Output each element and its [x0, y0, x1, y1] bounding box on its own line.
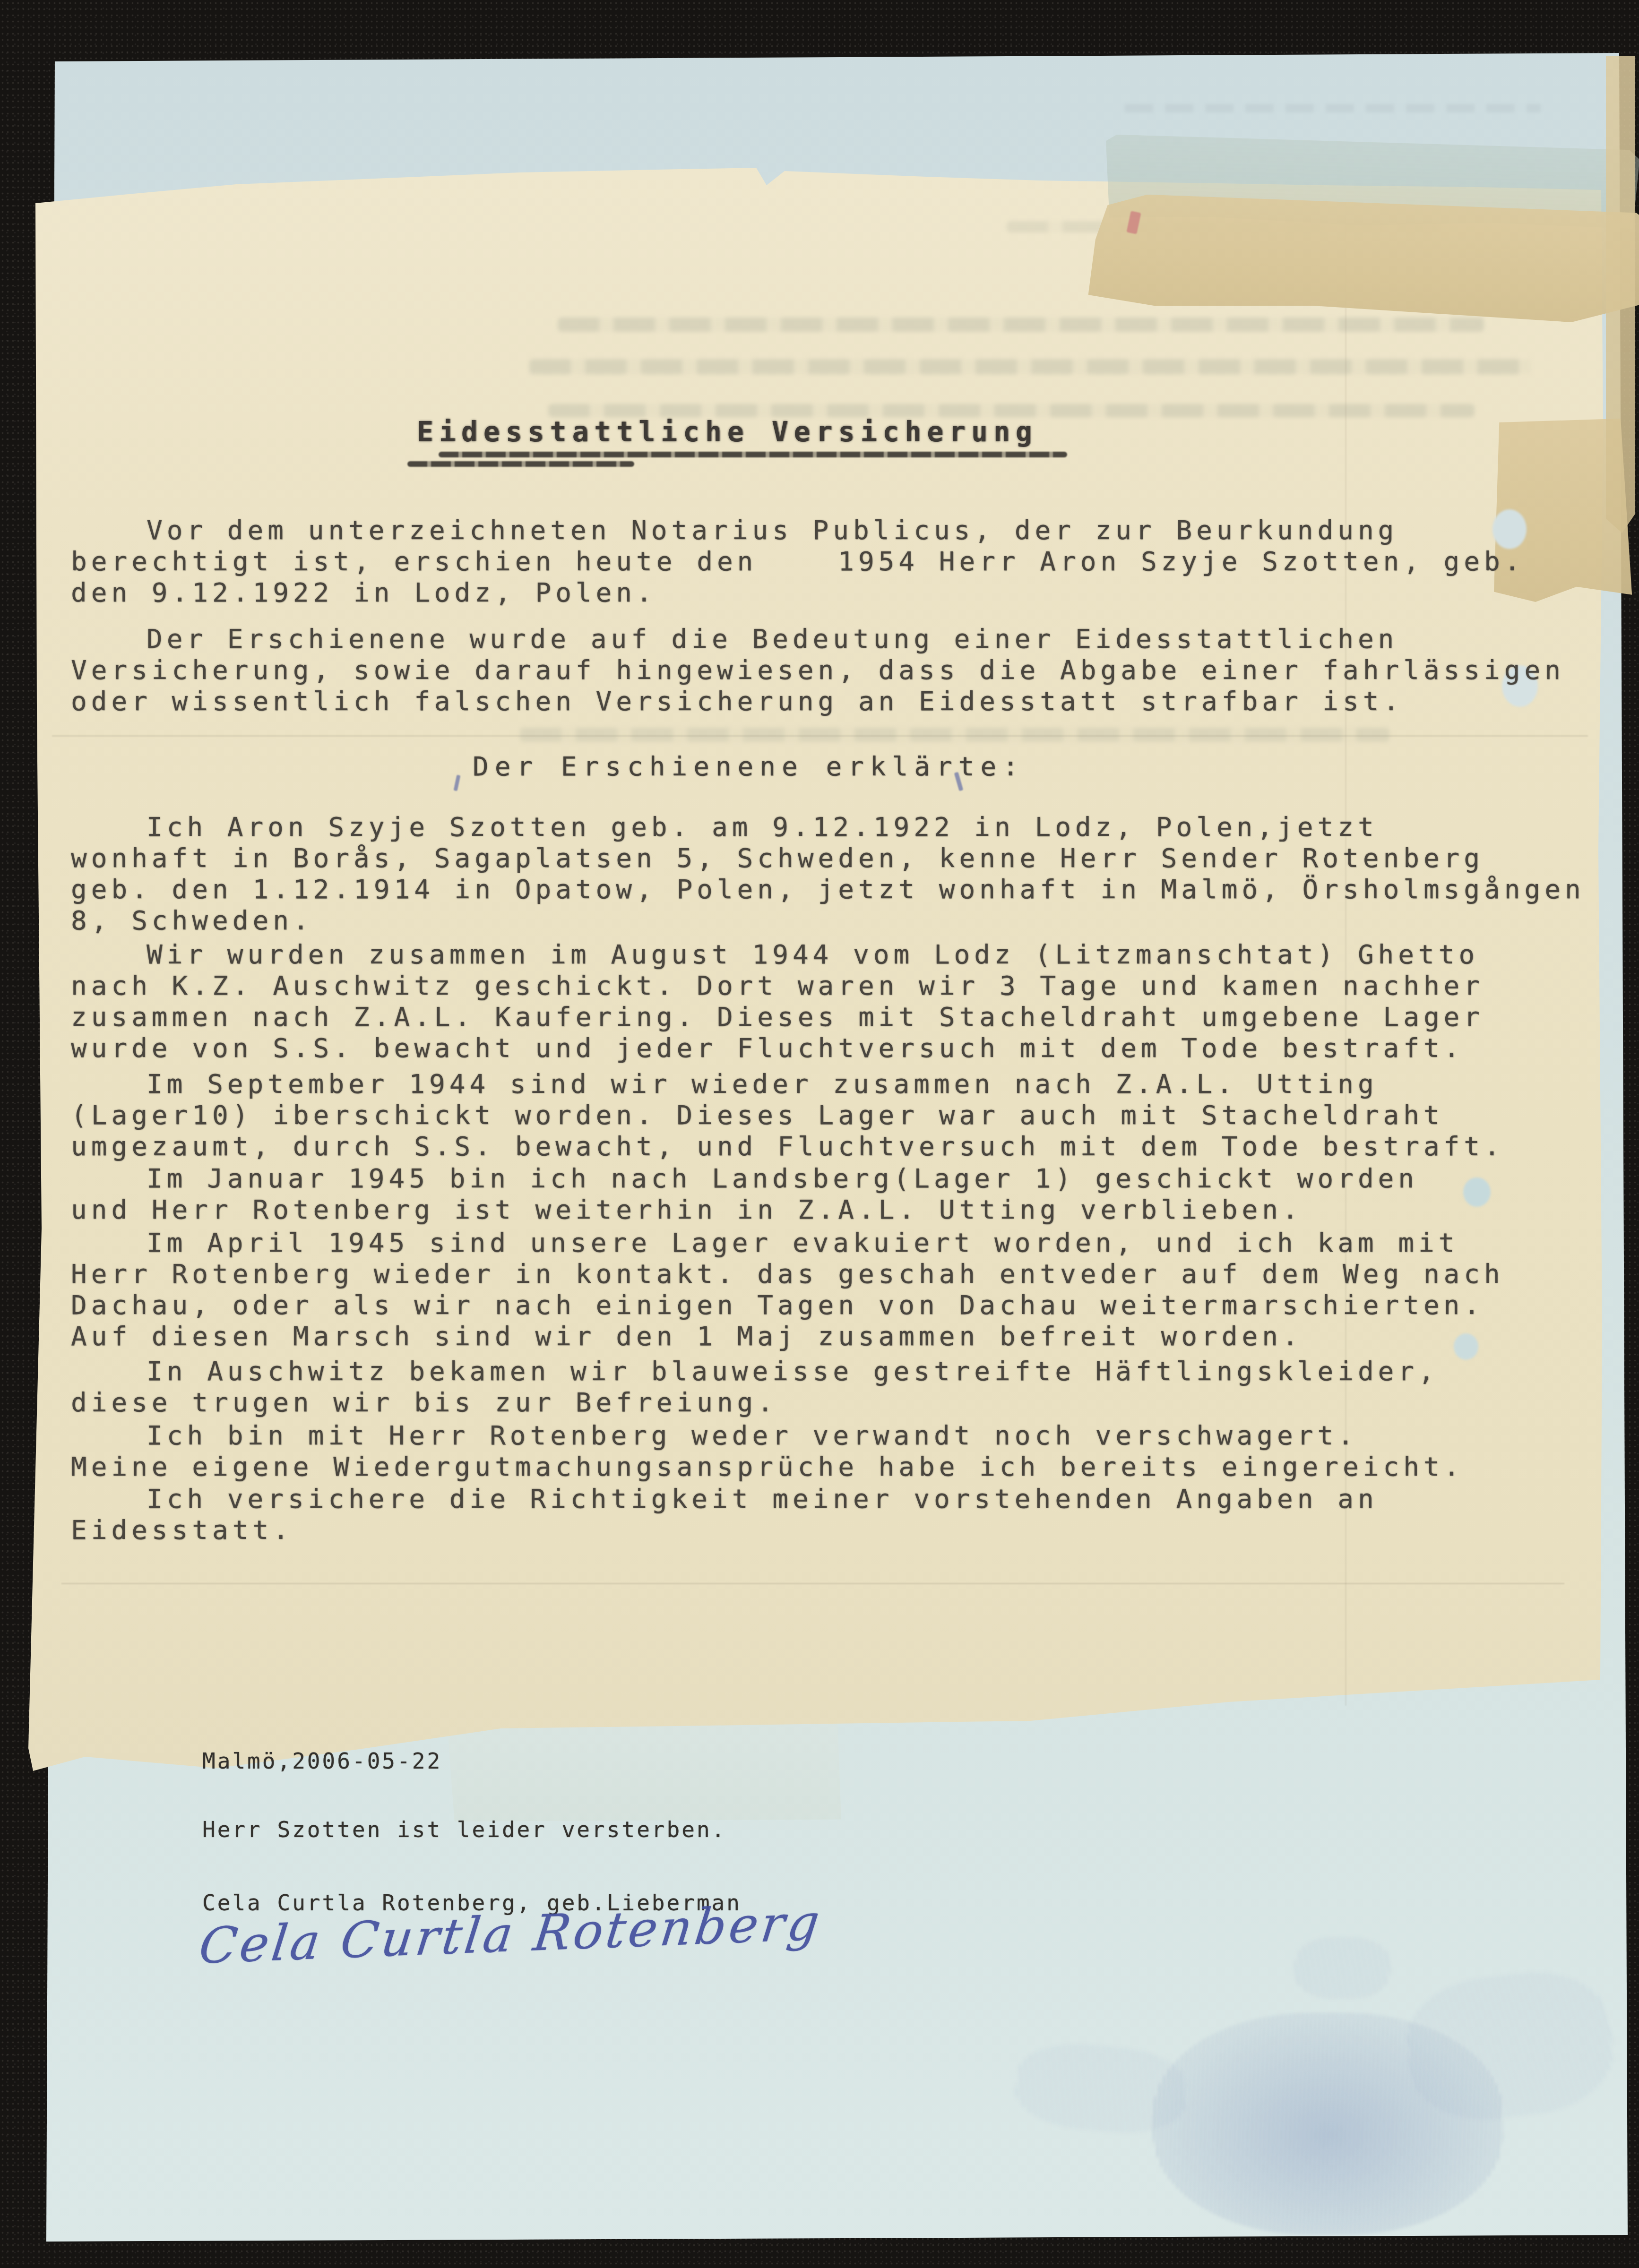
paragraph-caution: Der Erschienene wurde auf die Bedeutung …: [71, 624, 1565, 717]
typed-line: Ich Aron Szyje Szotten geb. am 9.12.1922…: [71, 812, 1585, 843]
paragraph-auschwitz-clothes: In Auschwitz bekamen wir blauweisse gest…: [71, 1356, 1439, 1418]
typed-line: Dachau, oder als wir nach einigen Tagen …: [71, 1290, 1504, 1321]
bleedthrough-line: [529, 359, 1531, 374]
typed-line: Der Erschienene wurde auf die Bedeutung …: [71, 624, 1565, 655]
scanned-archive-page: { "document": { "title": "Eidesstattlich…: [0, 0, 1639, 2268]
paragraph-assurance: Ich versichere die Richtigkeit meiner vo…: [71, 1484, 1378, 1546]
paragraph-not-related: Ich bin mit Herr Rotenberg weder verwand…: [71, 1420, 1464, 1483]
title-underline: [439, 452, 1067, 457]
typed-line: diese trugen wir bis zur Befreiung.: [71, 1387, 1439, 1418]
typed-line: berechtigt ist, erschien heute den 1954 …: [71, 546, 1524, 577]
ink-smudge-streaks: [1295, 1937, 1389, 1999]
typed-line: wonhaft in Borås, Sagaplatsen 5, Schwede…: [71, 843, 1585, 874]
paragraph-april-1945: Im April 1945 sind unsere Lager evakuier…: [71, 1228, 1504, 1352]
paragraph-august-1944: Wir wurden zusammen im August 1944 vom L…: [71, 939, 1484, 1064]
typed-line: In Auschwitz bekamen wir blauweisse gest…: [71, 1356, 1439, 1387]
bleedthrough-line: [548, 404, 1475, 417]
typed-line: umgezaumt, durch S.S. bewacht, und Fluch…: [71, 1131, 1504, 1162]
typed-line: Herr Rotenberg wieder in kontakt. das ge…: [71, 1259, 1504, 1290]
paragraph-january-1945: Im Januar 1945 bin ich nach Landsberg(La…: [71, 1163, 1418, 1226]
paper-crease: [52, 735, 1588, 737]
typed-line: und Herr Rotenberg ist weiterhin in Z.A.…: [71, 1194, 1418, 1226]
paragraph-intro: Vor dem unterzeichneten Notarius Publicu…: [71, 515, 1524, 609]
typed-line: Vor dem unterzeichneten Notarius Publicu…: [71, 515, 1524, 546]
typed-line: Ich bin mit Herr Rotenberg weder verwand…: [71, 1420, 1464, 1452]
tape-strip-top-right: [1088, 193, 1639, 324]
typed-line: den 9.12.1922 in Lodz, Polen.: [71, 577, 1524, 609]
typed-line: Auf diesen Marsch sind wir den 1 Maj zus…: [71, 1321, 1504, 1352]
addendum-note: Herr Szotten ist leider versterben.: [202, 1817, 726, 1842]
declaration-heading: Der Erschienene erklärte:: [473, 751, 1025, 782]
paper-hole: [1463, 1177, 1491, 1207]
typed-line: Versicherung, sowie darauf hingewiesen, …: [71, 655, 1565, 686]
typed-line: Ich versichere die Richtigkeit meiner vo…: [71, 1484, 1378, 1515]
bleedthrough-line: [520, 728, 1389, 742]
typed-line: 8, Schweden.: [71, 905, 1585, 936]
typed-line: Meine eigene Wiedergutmachungsansprüche …: [71, 1452, 1464, 1483]
typed-line: Im September 1944 sind wir wieder zusamm…: [71, 1069, 1504, 1100]
typed-line: zusammen nach Z.A.L. Kaufering. Dieses m…: [71, 1002, 1484, 1033]
typed-line: Eidesstatt.: [71, 1515, 1378, 1546]
typed-line: Im April 1945 sind unsere Lager evakuier…: [71, 1228, 1504, 1259]
typed-line: nach K.Z. Auschwitz geschickt. Dort ware…: [71, 971, 1484, 1002]
paper-crease: [61, 1583, 1564, 1584]
title-underline-overstrike: [407, 461, 634, 467]
tape-strip-right-edge: [1606, 56, 1635, 533]
faint-mark: [1125, 104, 1541, 112]
paragraph-september-1944: Im September 1944 sind wir wieder zusamm…: [71, 1069, 1504, 1162]
tape-strip-bottom: [447, 1715, 841, 1821]
typed-line: oder wissentlich falschen Versicherung a…: [71, 686, 1565, 717]
typed-line: Im Januar 1945 bin ich nach Landsberg(La…: [71, 1163, 1418, 1194]
typed-line: wurde von S.S. bewacht und jeder Fluchtv…: [71, 1033, 1484, 1064]
typed-line: (Lager10) iberschickt worden. Dieses Lag…: [71, 1100, 1504, 1131]
addendum-date: Malmö,2006-05-22: [202, 1748, 442, 1774]
typed-line: geb. den 1.12.1914 in Opatow, Polen, jet…: [71, 874, 1585, 905]
document-title: Eidesstattliche Versicherung: [417, 416, 1038, 448]
paragraph-identity: Ich Aron Szyje Szotten geb. am 9.12.1922…: [71, 812, 1585, 936]
typed-line: Wir wurden zusammen im August 1944 vom L…: [71, 939, 1484, 971]
